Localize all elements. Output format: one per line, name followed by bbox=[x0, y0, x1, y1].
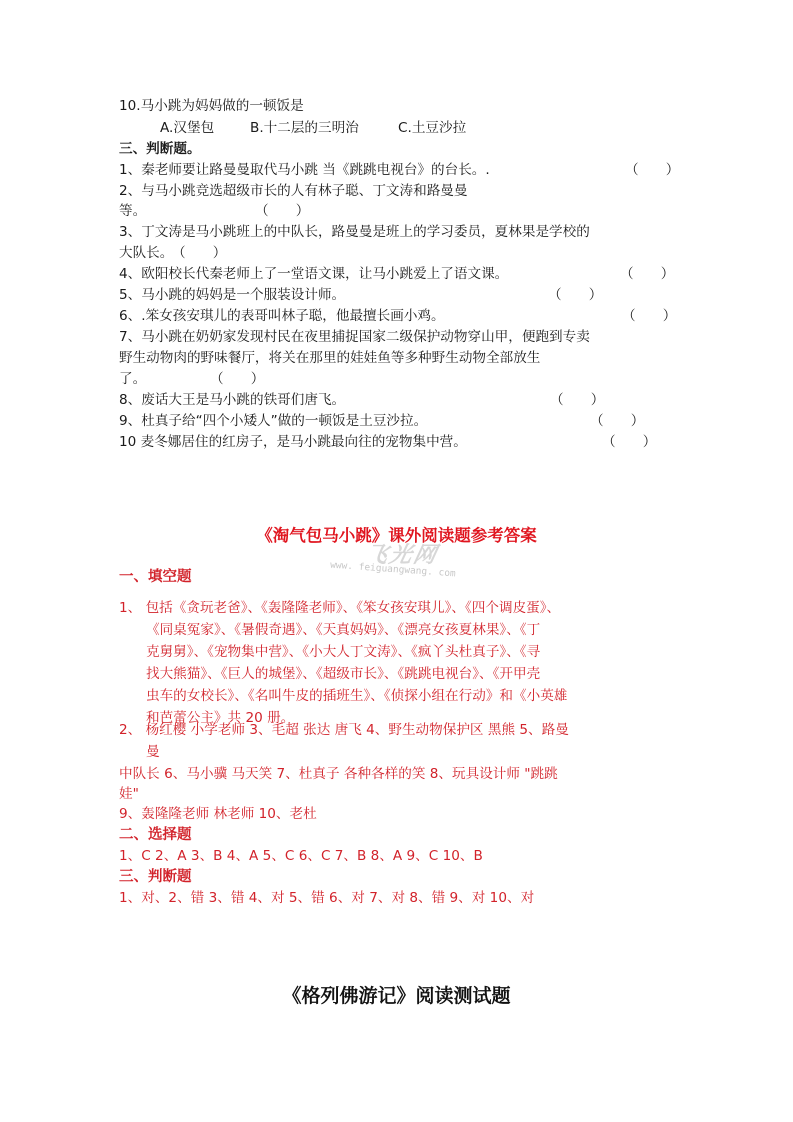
judge-item-3-blank: （ ） bbox=[172, 243, 226, 263]
judge-item-1-blank: （ ） bbox=[625, 160, 679, 180]
judge-item-9: 9、杜真子给“四个小矮人”做的一顿饭是土豆沙拉。 bbox=[119, 411, 427, 431]
fill-answer-line-8: 曼 bbox=[146, 742, 160, 762]
fill-answer-line-3: 克舅舅》、《宠物集中营》、《小大人丁文涛》、《疯丫头杜真子》、《寻 bbox=[146, 642, 540, 662]
question-10-stem: 10.马小跳为妈妈做的一顿饭是 bbox=[119, 96, 304, 116]
judge-item-10-blank: （ ） bbox=[602, 432, 656, 452]
judge-item-4-blank: （ ） bbox=[620, 264, 674, 284]
judge-answers-heading: 三、判断题 bbox=[119, 867, 192, 887]
judge-item-2-blank: （ ） bbox=[255, 201, 309, 221]
judge-item-7-blank: （ ） bbox=[210, 369, 264, 389]
judge-item-3: 3、丁文涛是马小跳班上的中队长，路曼曼是班上的学习委员，夏林果是学校的 bbox=[119, 222, 590, 242]
fill-answer-line-10: 娃" bbox=[119, 784, 139, 804]
judge-item-7-cont1: 野生动物肉的野味餐厅，将关在那里的娃娃鱼等多种野生动物全部放生 bbox=[119, 348, 540, 368]
judge-item-6: 6、.笨女孩安琪儿的表哥叫林子聪，他最擅长画小鸡。 bbox=[119, 306, 445, 326]
judge-item-7-cont: 了。 bbox=[119, 369, 146, 389]
judge-answers-line: 1、对、2、错 3、错 4、对 5、错 6、对 7、对 8、错 9、对 10、对 bbox=[119, 888, 534, 908]
judge-item-7: 7、马小跳在奶奶家发现村民在夜里捕捉国家二级保护动物穿山甲，便跑到专卖 bbox=[119, 327, 590, 347]
watermark: 飞光网 www. feiguangwang. com bbox=[330, 538, 470, 584]
judge-item-5: 5、马小跳的妈妈是一个服装设计师。 bbox=[119, 285, 345, 305]
fill-answer-line-2: 《同桌冤家》、《暑假奇遇》、《天真妈妈》、《漂亮女孩夏林果》、《丁 bbox=[146, 620, 540, 640]
judge-item-1: 1、秦老师要让路曼曼取代马小跳 当《跳跳电视台》的台长。. bbox=[119, 160, 490, 180]
judge-item-5-blank: （ ） bbox=[548, 285, 602, 305]
judge-item-8: 8、废话大王是马小跳的铁哥们唐飞。 bbox=[119, 390, 345, 410]
judge-item-10: 10 麦冬娜居住的红房子，是马小跳最向往的宠物集中营。 bbox=[119, 432, 467, 452]
judge-item-9-blank: （ ） bbox=[590, 411, 644, 431]
fill-answers-heading: 一、填空题 bbox=[119, 567, 192, 587]
fill-answer-line-7: 2、 杨红樱 小学老师 3、毛超 张达 唐飞 4、野生动物保护区 黑熊 5、路曼 bbox=[119, 720, 569, 740]
judge-item-4: 4、欧阳校长代秦老师上了一堂语文课，让马小跳爱上了语文课。 bbox=[119, 264, 508, 284]
fill-answer-line-9: 中队长 6、马小骥 马天笑 7、杜真子 各种各样的笑 8、玩具设计师 "跳跳 bbox=[119, 764, 558, 784]
fill-answer-line-11: 9、轰隆隆老师 林老师 10、老杜 bbox=[119, 804, 317, 824]
judge-item-8-blank: （ ） bbox=[550, 390, 604, 410]
judge-item-2: 2、与马小跳竞选超级市长的人有林子聪、丁文涛和路曼曼 bbox=[119, 181, 468, 201]
question-10-option-c: C.土豆沙拉 bbox=[398, 118, 466, 138]
judge-item-6-blank: （ ） bbox=[622, 306, 676, 326]
choice-answers-line: 1、C 2、A 3、B 4、A 5、C 6、C 7、B 8、A 9、C 10、B bbox=[119, 846, 483, 866]
fill-answer-line-1: 1、 包括《贪玩老爸》、《轰隆隆老师》、《笨女孩安琪儿》、《四个调皮蛋》、 bbox=[119, 598, 560, 618]
choice-answers-heading: 二、选择题 bbox=[119, 825, 192, 845]
judge-item-3-cont: 大队长。 bbox=[119, 243, 173, 263]
question-10-option-a: A.汉堡包 bbox=[160, 118, 214, 138]
question-10-option-b: B.十二层的三明治 bbox=[250, 118, 359, 138]
judge-section-heading: 三、判断题。 bbox=[119, 139, 201, 159]
fill-answer-line-5: 虫车的女校长》、《名叫牛皮的插班生》、《侦探小组在行动》和《小英雄 bbox=[146, 686, 567, 706]
fill-answer-line-4: 找大熊猫》、《巨人的城堡》、《超级市长》、《跳跳电视台》、《开甲壳 bbox=[146, 664, 540, 684]
next-section-title: 《格列佛游记》阅读测试题 bbox=[0, 981, 793, 1008]
judge-item-2-cont: 等。 bbox=[119, 201, 146, 221]
